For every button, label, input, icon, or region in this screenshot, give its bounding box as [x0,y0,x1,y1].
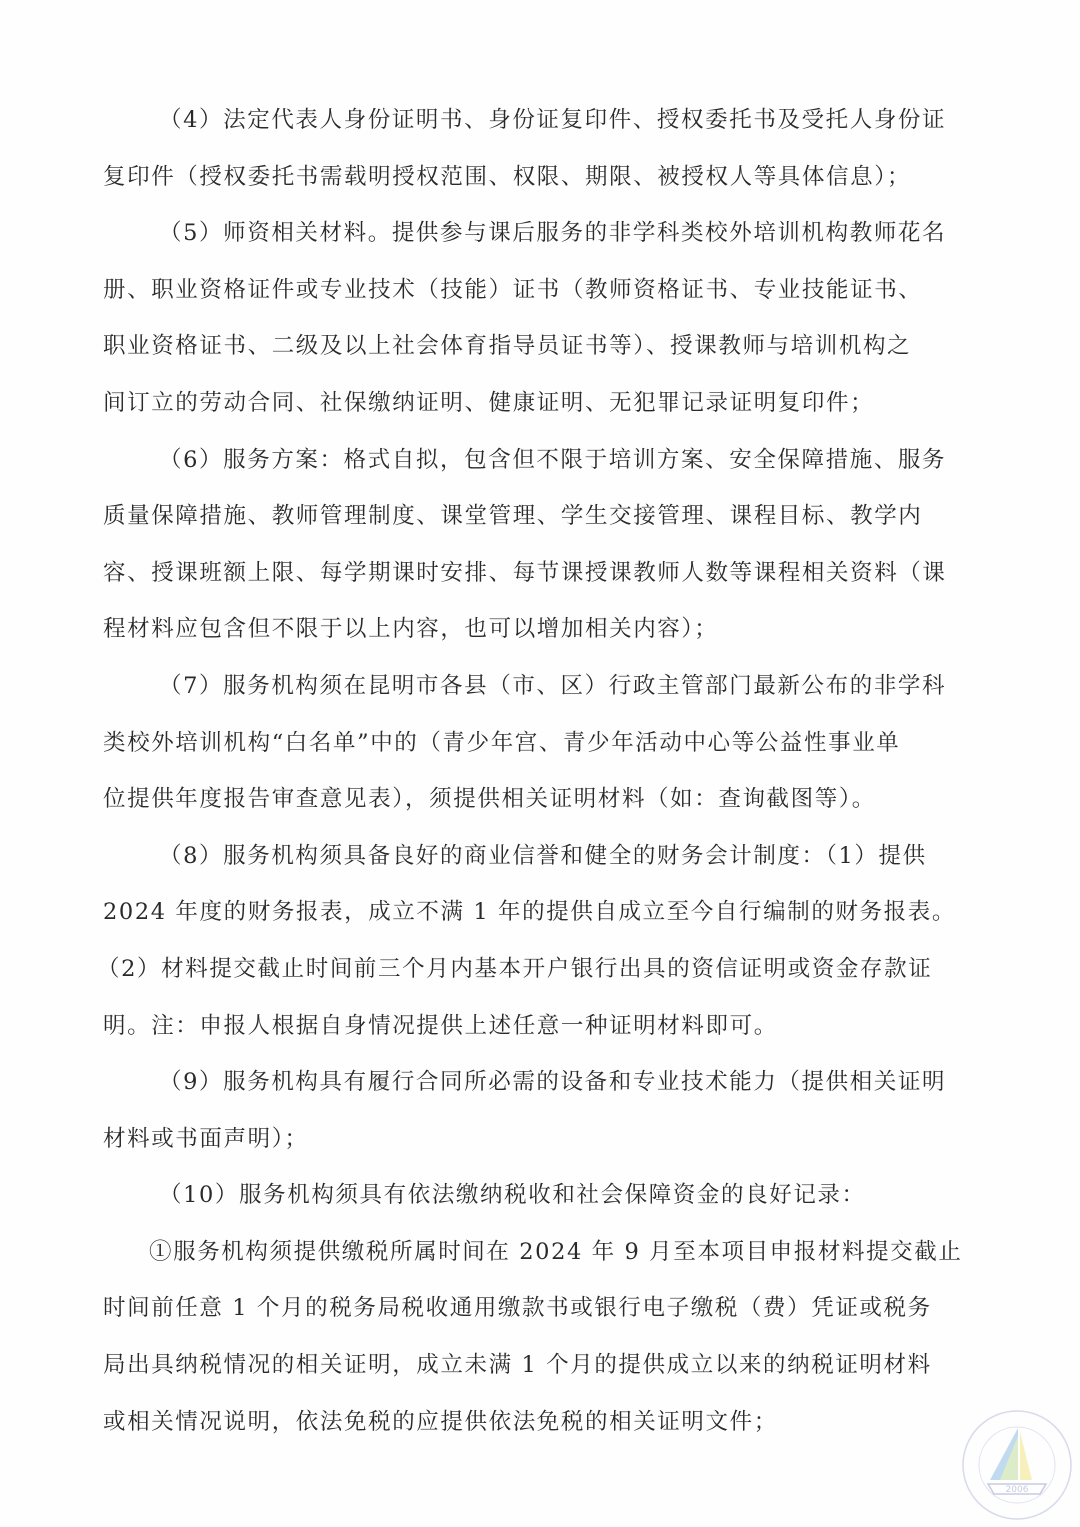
text-line: 局出具纳税情况的相关证明，成立未满 1 个月的提供成立以来的纳税证明材料 [103,1337,977,1394]
paragraph-item-10: （10）服务机构须具有依法缴纳税收和社会保障资金的良好记录： [103,1167,977,1224]
document-body: （4）法定代表人身份证明书、身份证复印件、授权委托书及受托人身份证复印件（授权委… [103,92,977,1450]
text-line: 时间前任意 1 个月的税务局税收通用缴款书或银行电子缴税（费）凭证或税务 [103,1280,977,1337]
paragraph-item-8: （8）服务机构须具备良好的商业信誉和健全的财务会计制度：（1）提供2024 年度… [103,828,977,1054]
document-page: （4）法定代表人身份证明书、身份证复印件、授权委托书及受托人身份证复印件（授权委… [0,0,1080,1527]
text-line: 程材料应包含但不限于以上内容，也可以增加相关内容）； [103,601,977,658]
text-line: （8）服务机构须具备良好的商业信誉和健全的财务会计制度：（1）提供 [103,828,977,885]
paragraph-item-5: （5）师资相关材料。提供参与课后服务的非学科类校外培训机构教师花名册、职业资格证… [103,205,977,431]
logo-year: 2006 [1006,1485,1029,1495]
text-line: 类校外培训机构“白名单”中的（青少年宫、青少年活动中心等公益性事业单 [103,715,977,772]
text-line: 2024 年度的财务报表，成立不满 1 年的提供自成立至今自行编制的财务报表。 [103,884,977,941]
text-line: （4）法定代表人身份证明书、身份证复印件、授权委托书及受托人身份证 [103,92,977,149]
text-line: （7）服务机构须在昆明市各县（市、区）行政主管部门最新公布的非学科 [103,658,977,715]
text-line: 间订立的劳动合同、社保缴纳证明、健康证明、无犯罪记录证明复印件； [103,375,977,432]
text-line: 复印件（授权委托书需载明授权范围、权限、期限、被授权人等具体信息）； [103,149,977,206]
paragraph-item-4: （4）法定代表人身份证明书、身份证复印件、授权委托书及受托人身份证复印件（授权委… [103,92,977,205]
text-line: 明。注：申报人根据自身情况提供上述任意一种证明材料即可。 [103,998,977,1055]
text-line: 位提供年度报告审查意见表），须提供相关证明材料（如：查询截图等）。 [103,771,977,828]
text-line: 质量保障措施、教师管理制度、课堂管理、学生交接管理、课程目标、教学内 [103,488,977,545]
text-line: 或相关情况说明，依法免税的应提供依法免税的相关证明文件； [103,1394,977,1451]
paragraph-item-10-1: ①服务机构须提供缴税所属时间在 2024 年 9 月至本项目申报材料提交截止时间… [103,1224,977,1450]
text-line: ①服务机构须提供缴税所属时间在 2024 年 9 月至本项目申报材料提交截止 [103,1224,977,1281]
text-line: 容、授课班额上限、每学期课时安排、每节课授课教师人数等课程相关资料（课 [103,545,977,602]
school-logo-watermark: 2006 [960,1408,1074,1522]
text-line: （2）材料提交截止时间前三个月内基本开户银行出具的资信证明或资金存款证 [97,941,977,998]
text-line: （5）师资相关材料。提供参与课后服务的非学科类校外培训机构教师花名 [103,205,977,262]
text-line: （9）服务机构具有履行合同所必需的设备和专业技术能力（提供相关证明 [103,1054,977,1111]
paragraph-item-7: （7）服务机构须在昆明市各县（市、区）行政主管部门最新公布的非学科类校外培训机构… [103,658,977,828]
text-line: 册、职业资格证件或专业技术（技能）证书（教师资格证书、专业技能证书、 [103,262,977,319]
text-line: 材料或书面声明）； [103,1111,977,1168]
text-line: （10）服务机构须具有依法缴纳税收和社会保障资金的良好记录： [103,1167,977,1224]
school-logo-icon: 2006 [960,1408,1074,1522]
text-line: （6）服务方案：格式自拟，包含但不限于培训方案、安全保障措施、服务 [103,432,977,489]
paragraph-item-9: （9）服务机构具有履行合同所必需的设备和专业技术能力（提供相关证明材料或书面声明… [103,1054,977,1167]
text-line: 职业资格证书、二级及以上社会体育指导员证书等）、授课教师与培训机构之 [103,318,977,375]
paragraph-item-6: （6）服务方案：格式自拟，包含但不限于培训方案、安全保障措施、服务质量保障措施、… [103,432,977,658]
